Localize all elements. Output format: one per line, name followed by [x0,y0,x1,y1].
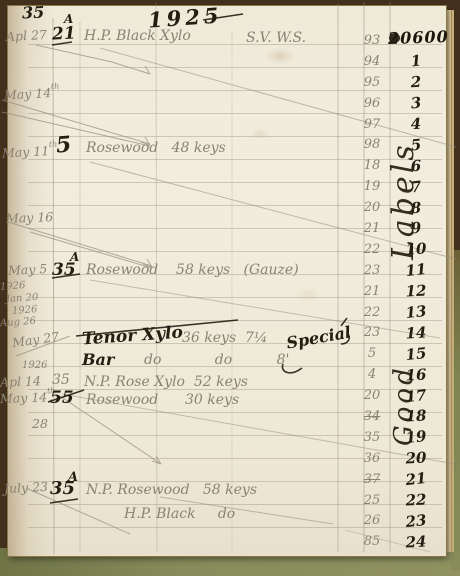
entry5-note-2: Jan 20 [6,292,39,305]
entry11-description: N.P. Rosewood 58 keys [86,482,257,498]
entry9-code: 55 [50,388,74,408]
pencil-number: 93 [356,33,388,48]
entry5-date: May 5 [8,261,48,278]
pencil-number: 94 [356,54,388,69]
entry7-description-ink: Bar [82,350,114,369]
number-row: 2623 [356,510,448,531]
entry3-code: 5 [55,131,73,158]
pencil-number: 98 [356,137,388,152]
pencil-number: 37 [356,472,388,487]
vertical-annotation-good: Good [389,288,419,446]
number-row: 8524 [356,531,448,552]
entry2-date: May 14th [4,85,60,103]
number-row: 941 [356,51,448,72]
entry3-date: May 11th [2,143,58,161]
ledger-photo: { "header": { "page_number": "35", "year… [0,0,460,576]
entry1-date: Apl 27 [6,27,48,44]
entry10-date: 28 [32,416,48,431]
vertical-annotation-labels: Labels [386,80,421,260]
pencil-number: 97 [356,117,388,132]
number-row: 3721 [356,469,448,490]
number-row: 3620 [356,448,448,469]
ink-column-header: 20600 [388,27,449,48]
entry5-code: 35 [52,260,76,280]
pencil-number: 21 [356,221,388,236]
entry8-description: N.P. Rose Xylo 52 keys [84,374,248,390]
entry2-date-text: May 14 [4,85,52,102]
number-row: 2311 [356,260,448,281]
pencil-number: 85 [356,534,388,549]
pencil-number: 34 [356,409,388,424]
pencil-number: 96 [356,96,388,111]
entry9-date: May 14th [0,389,56,406]
ink-number: 23 [387,509,445,533]
pencil-number: 23 [356,263,388,278]
pencil-number: 23 [356,325,388,340]
pencil-number: 19 [356,179,388,194]
entry3-date-text: May 11 [2,143,50,160]
entry8-date: Apl 14 [0,373,41,389]
pencil-number: 26 [356,513,388,528]
entry1-description-suffix: S.V. W.S. [246,30,306,46]
pencil-number: 4 [356,367,388,382]
entry5-description: Rosewood 58 keys (Gauze) [86,262,299,278]
entry2-date-sup: th [51,82,60,91]
pencil-number: 95 [356,75,388,90]
number-row: 2522 [356,490,448,511]
ink-number: 24 [388,531,445,552]
ink-number: 21 [387,467,445,491]
pencil-number: 5 [356,346,388,361]
ink-number: 20 [388,448,445,469]
pencil-number: 22 [356,305,388,320]
ink-number: 22 [388,490,445,511]
entry6-description-pencil: 36 keys 7¼ [182,330,268,346]
ink-number: 11 [387,258,445,282]
pencil-number: 20 [356,200,388,215]
entry9-date-text: May 14 [0,389,47,406]
entry7-description-pencil: do do 8' [144,352,289,368]
entry1-code: 21 [51,23,76,44]
entry1-description: H.P. Black Xylo [84,28,191,44]
pencil-number: 22 [356,242,388,257]
entry12-description: H.P. Black do [124,506,235,522]
entry9-description: Rosewood 30 keys [86,392,239,408]
ink-number: 1 [387,49,445,73]
entry11-date: July 23 [4,479,49,496]
pencil-number: 35 [356,430,388,445]
pencil-number: 20 [356,388,388,403]
pencil-number: 25 [356,493,388,508]
entry5-note-1: 1926 [0,280,26,293]
page-number: 35 [22,3,45,23]
entry8-year: 1926 [22,360,47,371]
pencil-number: 18 [356,158,388,173]
entry3-description: Rosewood 48 keys [86,140,226,156]
pencil-number: 36 [356,451,388,466]
entry11-code: 35 [50,478,75,499]
pencil-number: 21 [356,284,388,299]
entry4-date: May 16 [6,209,54,226]
